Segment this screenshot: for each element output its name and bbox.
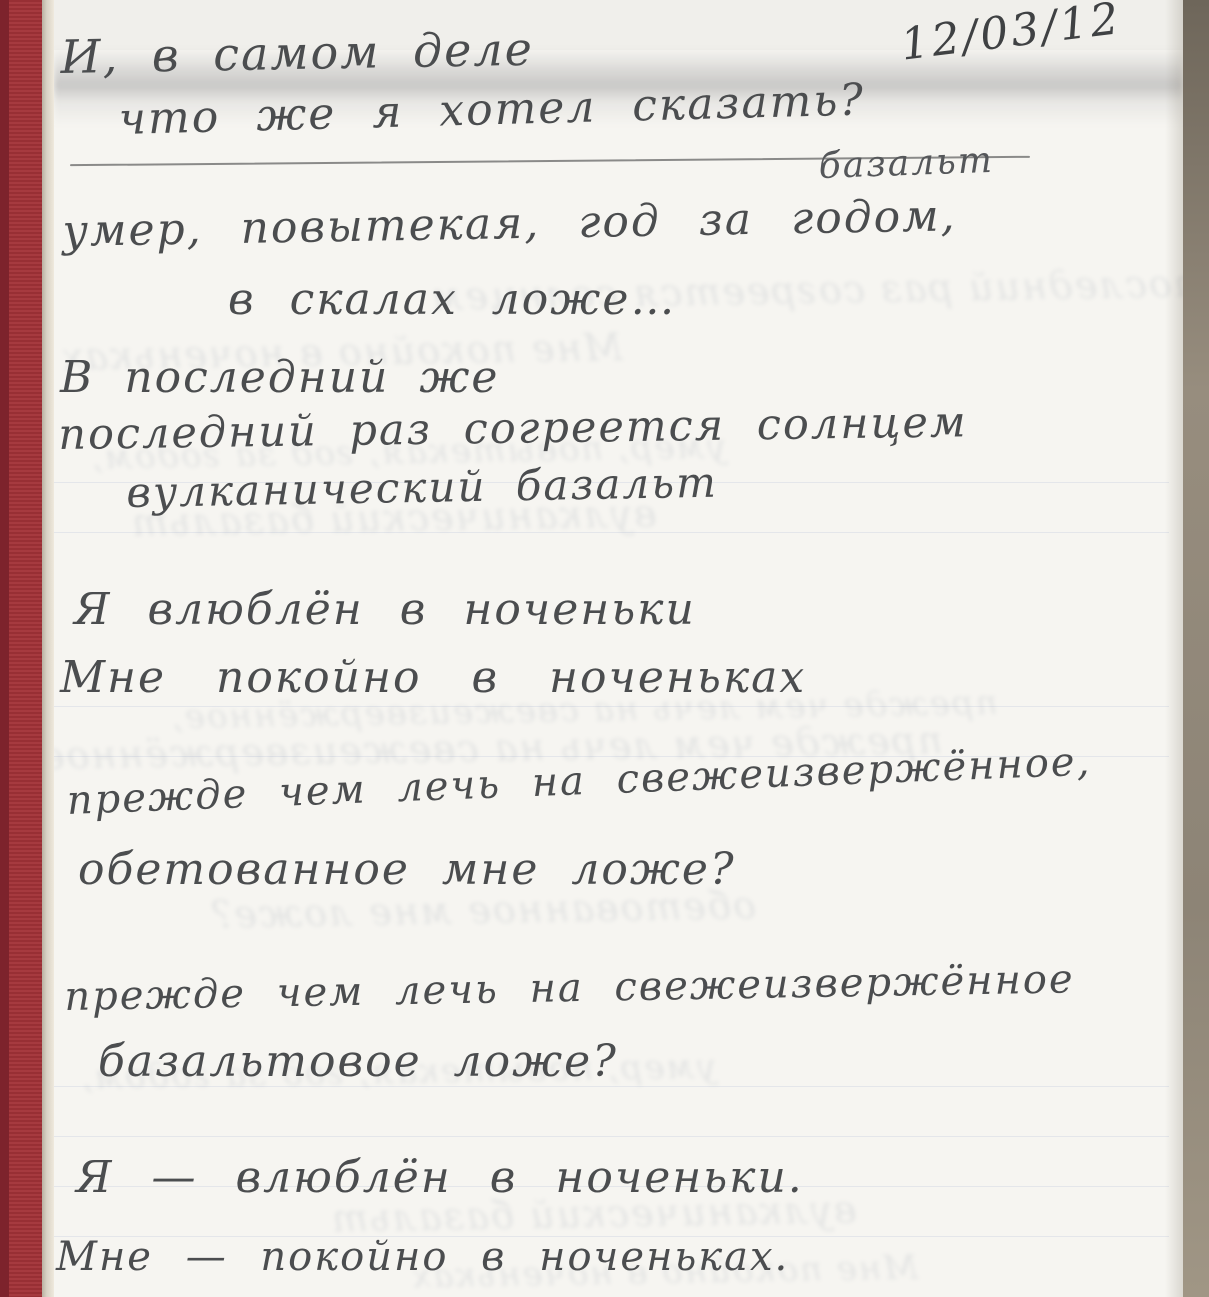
cover-spine-shadow: [0, 0, 9, 1297]
poem-line: Мне — покойно в ноченьках.: [56, 1234, 789, 1280]
paper-stack-edge: [42, 0, 54, 1297]
scan-background-strip: [1183, 0, 1209, 1297]
poem-line: обетованное мне ложе?: [78, 844, 736, 895]
poem-line: вулканический базальт: [126, 458, 718, 517]
poem-line: последний раз согреется солнцем: [58, 397, 968, 460]
poem-line: И, в самом деле: [60, 22, 534, 84]
ruled-line: [54, 1136, 1169, 1137]
poem-line: Я влюблён в ноченьки: [74, 584, 696, 635]
poem-line: прежде чем лечь на свежеизвержённое: [64, 956, 1075, 1020]
poem-line: Я — влюблён в ноченьки.: [76, 1152, 804, 1203]
poem-line: базальтовое ложе?: [98, 1036, 618, 1087]
poem-line: В последний же: [60, 352, 499, 403]
poem-line: умер, повытекая, год за годом,: [62, 190, 957, 257]
page-edge-shadow: [1165, 0, 1183, 1297]
margin-note: базальт: [818, 140, 995, 187]
poem-line: Мне покойно в ноченьках: [60, 652, 806, 703]
poem-line: в скалах ложе…: [228, 274, 676, 325]
scanned-notebook-page: последний раз согреется солнцем Мне поко…: [0, 0, 1209, 1297]
notebook-cover-edge: [0, 0, 42, 1297]
